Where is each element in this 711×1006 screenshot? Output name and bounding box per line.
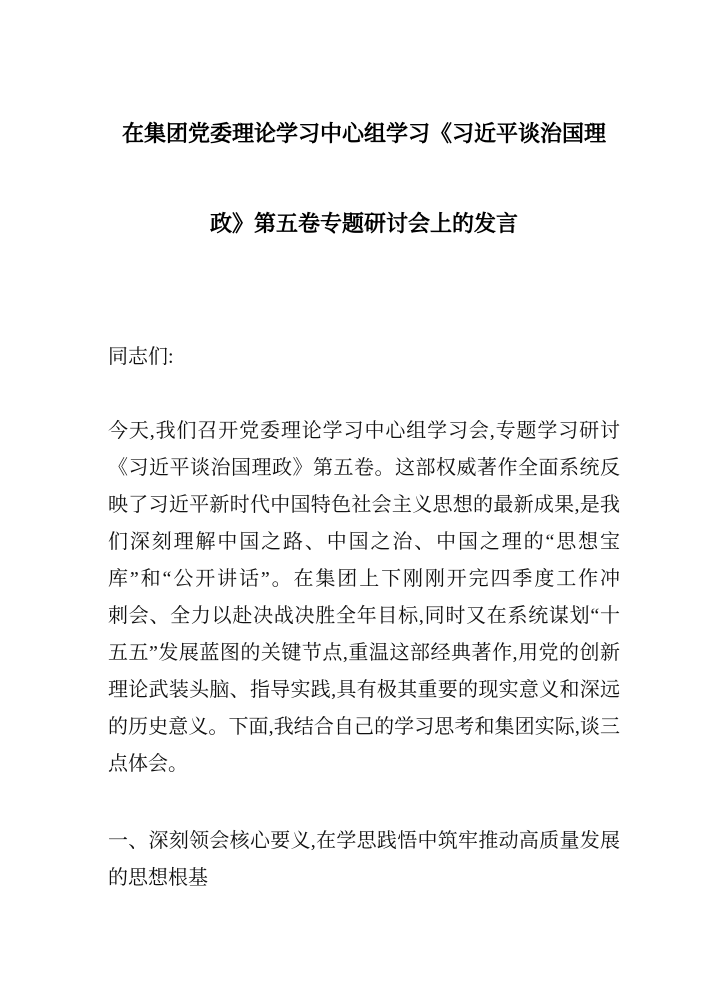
paragraph-line: 映了习近平新时代中国特色社会主义思想的最新成果,是我 bbox=[108, 487, 620, 524]
paragraph-line: 刺会、全力以赴决战决胜全年目标,同时又在系统谋划“十 bbox=[108, 598, 620, 635]
document-page: 在集团党委理论学习中心组学习《习近平谈治国理 政》第五卷专题研讨会上的发言 同志… bbox=[0, 0, 711, 1006]
document-title-line-2: 政》第五卷专题研讨会上的发言 bbox=[108, 209, 620, 239]
paragraph-line: 《习近平谈治国理政》第五卷。这部权威著作全面系统反 bbox=[108, 450, 620, 487]
paragraph-line: 的历史意义。下面,我结合自己的学习思考和集团实际,谈三 bbox=[108, 709, 620, 746]
document-title: 在集团党委理论学习中心组学习《习近平谈治国理 政》第五卷专题研讨会上的发言 bbox=[108, 0, 620, 239]
section-heading-line: 一、深刻领会核心要义,在学思践悟中筑牢推动高质量发展 bbox=[108, 823, 620, 860]
paragraph-line: 库”和“公开讲话”。在集团上下刚刚开完四季度工作冲 bbox=[108, 561, 620, 598]
paragraph-line: 点体会。 bbox=[108, 746, 620, 783]
paragraph-line: 今天,我们召开党委理论学习中心组学习会,专题学习研讨 bbox=[108, 413, 620, 450]
section-heading-line: 的思想根基 bbox=[108, 860, 620, 897]
document-content: 在集团党委理论学习中心组学习《习近平谈治国理 政》第五卷专题研讨会上的发言 同志… bbox=[0, 0, 711, 897]
paragraph-line: 五五”发展蓝图的关键节点,重温这部经典著作,用党的创新 bbox=[108, 635, 620, 672]
salutation: 同志们: bbox=[108, 339, 620, 376]
document-title-line-1: 在集团党委理论学习中心组学习《习近平谈治国理 bbox=[108, 119, 620, 149]
body-paragraph: 今天,我们召开党委理论学习中心组学习会,专题学习研讨 《习近平谈治国理政》第五卷… bbox=[108, 413, 620, 783]
paragraph-line: 理论武装头脑、指导实践,具有极其重要的现实意义和深远 bbox=[108, 672, 620, 709]
paragraph-line: 们深刻理解中国之路、中国之治、中国之理的“思想宝 bbox=[108, 524, 620, 561]
section-heading: 一、深刻领会核心要义,在学思践悟中筑牢推动高质量发展 的思想根基 bbox=[108, 823, 620, 897]
